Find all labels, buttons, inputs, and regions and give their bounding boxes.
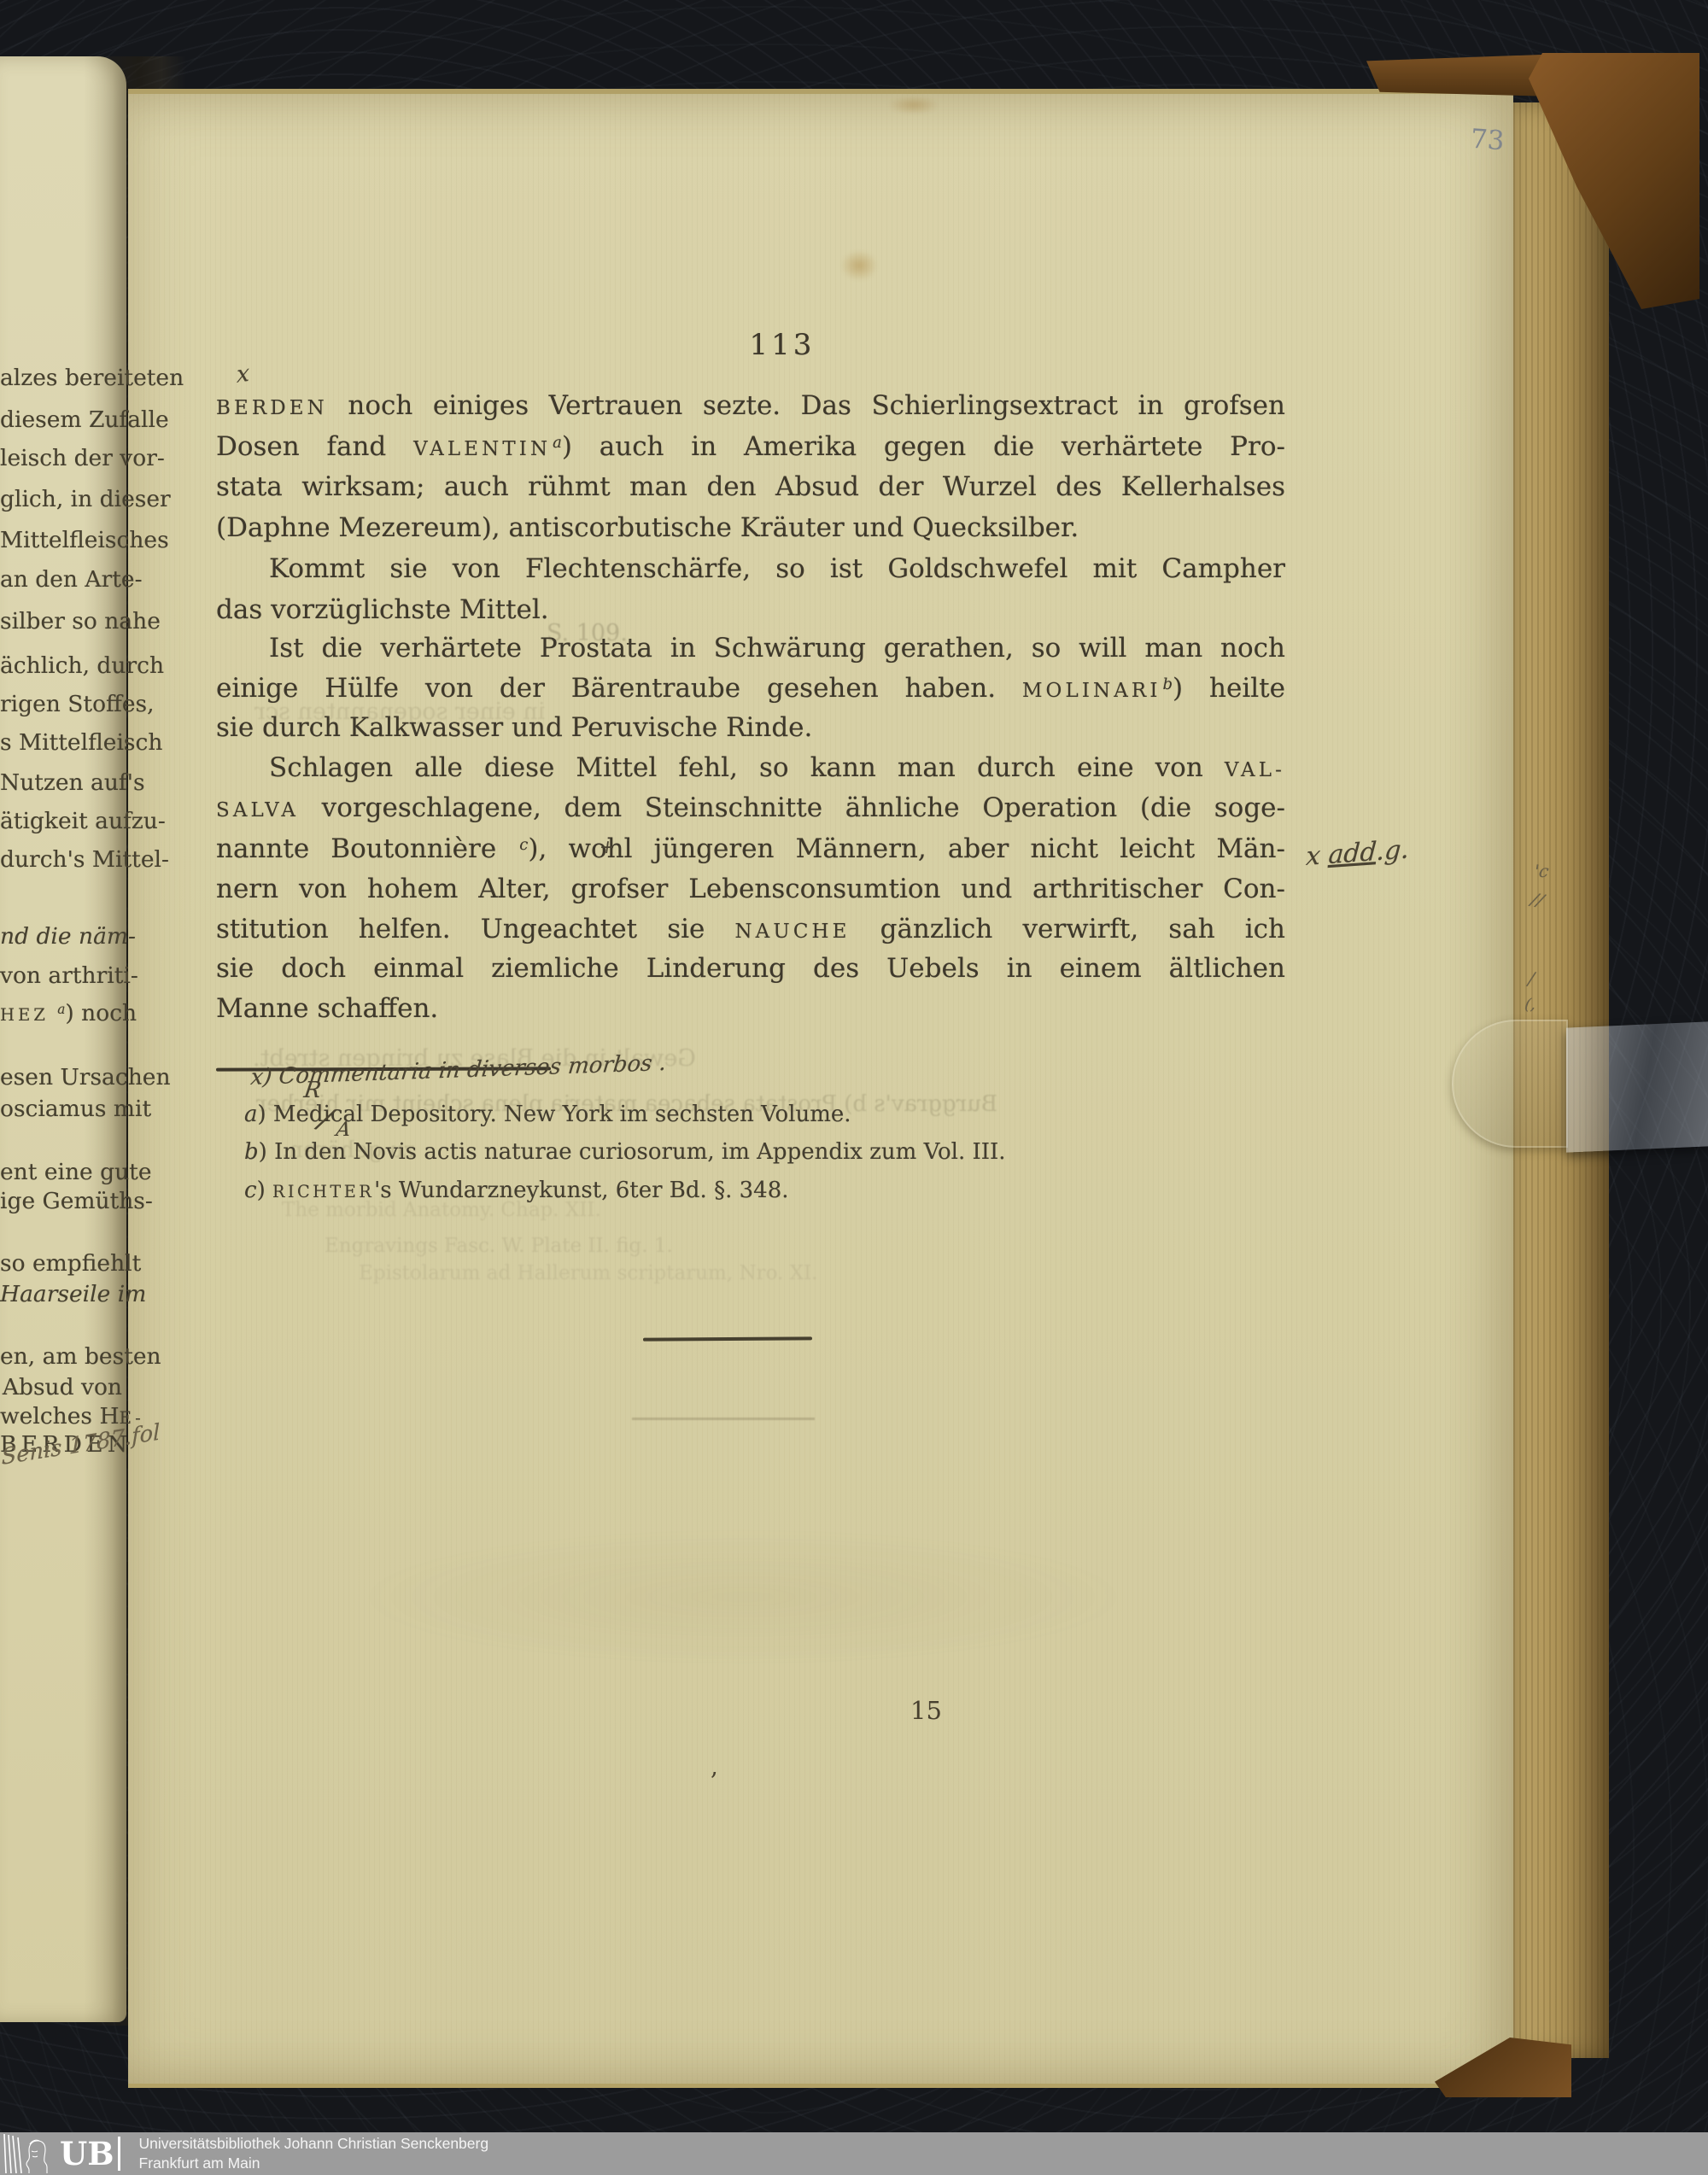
margin-fragment: rigen Stoffes, bbox=[0, 691, 125, 717]
text-segment: ) auch in Amerika gegen die verhärtete P… bbox=[562, 431, 1285, 462]
paper-smudge bbox=[359, 1529, 1127, 1665]
paper-stain bbox=[840, 250, 878, 281]
sheet-signature: 15 bbox=[910, 1696, 942, 1725]
text-segment: b bbox=[1163, 675, 1173, 693]
text-segment: nannte Boutonnière bbox=[216, 833, 518, 864]
margin-fragment: Mittelfleisches bbox=[0, 527, 125, 553]
footnote-line: a) Medical Depository. New York im sechs… bbox=[244, 1102, 1303, 1127]
text-line: stata wirksam; auch rühmt man den Absud … bbox=[216, 472, 1285, 503]
text-segment: nern von hohem Alter, grofser Lebenscons… bbox=[216, 874, 1285, 904]
library-banner-text: Universitätsbibliothek Johann Christian … bbox=[139, 2134, 489, 2173]
text-line: nannte Boutonnière c), wohl jüngeren Män… bbox=[216, 834, 1285, 865]
ub-logo-text: UB bbox=[60, 2138, 114, 2170]
text-segment: ), wohl jüngeren Männern, aber nicht lei… bbox=[528, 833, 1285, 864]
text-segment: add bbox=[1327, 837, 1378, 870]
text-segment: RICHTER bbox=[272, 1182, 374, 1202]
text-segment: BERDEN bbox=[216, 397, 328, 419]
text-segment: c bbox=[519, 836, 528, 854]
margin-fragment: esen Ursachen bbox=[0, 1064, 125, 1090]
stray-ink-mark: , bbox=[711, 1752, 718, 1780]
library-city: Frankfurt am Main bbox=[139, 2154, 489, 2173]
margin-fragment: welches HE- bbox=[0, 1403, 125, 1430]
text-segment: ) In den Novis actis naturae curiosorum,… bbox=[259, 1139, 1006, 1165]
text-line: BERDEN noch einiges Vertrauen sezte. Das… bbox=[216, 391, 1285, 422]
ub-logo: UB bbox=[3, 2134, 120, 2173]
text-line: Schlagen alle diese Mittel fehl, so kann… bbox=[216, 753, 1285, 784]
margin-fragment: ent eine gute bbox=[0, 1159, 125, 1185]
footnote-line: b) In den Novis actis naturae curiosorum… bbox=[244, 1139, 1303, 1165]
footnote-line: c) RICHTER's Wundarzneykunst, 6ter Bd. §… bbox=[244, 1178, 1303, 1203]
text-segment: Ist die verhärtete Prostata in Schwärung… bbox=[269, 633, 1285, 664]
ghost-text: Epistolarum ad Hallerum scriptarum, Nro.… bbox=[359, 1262, 817, 1284]
text-segment: HEZ bbox=[0, 1005, 49, 1025]
margin-fragment: s Mittelfleisch bbox=[0, 729, 125, 756]
handwriting-correction-a: A bbox=[335, 1119, 352, 1141]
margin-fragment: Nutzen auf's bbox=[0, 769, 125, 796]
margin-fragment: ächlich, durch bbox=[0, 652, 125, 679]
text-segment: das vorzüglichste Mittel. bbox=[216, 594, 549, 625]
library-name: Universitätsbibliothek Johann Christian … bbox=[139, 2134, 489, 2154]
text-segment: ) noch bbox=[65, 1000, 137, 1026]
margin-fragment: alzes bereiteten bbox=[0, 365, 125, 391]
text-segment: 's Wundarzneykunst, 6ter Bd. §. 348. bbox=[374, 1178, 788, 1203]
paper-stain bbox=[888, 96, 939, 114]
margin-fragment: osciamus mit bbox=[0, 1096, 125, 1122]
margin-fragment: ige Gemüths- bbox=[0, 1188, 125, 1214]
margin-fragment: en, am besten bbox=[0, 1343, 125, 1370]
margin-fragment: von arthriti- bbox=[0, 962, 125, 989]
text-segment: ) heilte bbox=[1173, 673, 1285, 704]
margin-fragment: Haarseile im bbox=[0, 1281, 125, 1307]
text-segment bbox=[49, 1000, 56, 1026]
text-line: stitution helfen. Ungeachtet sie NAUCHE … bbox=[216, 915, 1285, 945]
text-segment: sie doch einmal ziemliche Linderung des … bbox=[216, 953, 1285, 984]
text-segment: b bbox=[244, 1139, 259, 1165]
margin-fragment: glich, in dieser bbox=[0, 486, 125, 512]
text-segment: NAUCHE bbox=[734, 921, 850, 943]
section-separator-ghost bbox=[632, 1418, 815, 1420]
margin-fragment: HEZ a) noch bbox=[0, 1000, 125, 1026]
text-line: Kommt sie von Flechtenschärfe, so ist Go… bbox=[216, 554, 1285, 585]
margin-fragment: silber so nahe bbox=[0, 608, 125, 634]
logo-fan-lines-and-portrait-icon bbox=[3, 2134, 58, 2173]
text-segment: vorgeschlagene, dem Steinschnitte ähnlic… bbox=[299, 792, 1285, 823]
margin-fragment: leisch der vor- bbox=[0, 445, 125, 471]
ghost-text: Engravings Fasc. W. Plate II. fig. 1. bbox=[325, 1235, 673, 1257]
handwriting-edge-mark-1: 'c bbox=[1533, 861, 1550, 881]
text-line: sie durch Kalkwasser und Peruvische Rind… bbox=[216, 713, 1285, 744]
text-segment: a bbox=[553, 434, 562, 452]
text-segment: x bbox=[1305, 840, 1330, 872]
margin-fragment: durch's Mittel- bbox=[0, 846, 125, 873]
pencil-folio-number: 73 bbox=[1470, 124, 1506, 157]
text-segment: .g. bbox=[1376, 834, 1411, 867]
text-segment: stata wirksam; auch rühmt man den Absud … bbox=[216, 471, 1285, 502]
text-segment: c bbox=[244, 1178, 257, 1203]
margin-fragment: Absud von bbox=[0, 1374, 125, 1400]
handwriting-edge-mark-4: (, bbox=[1524, 996, 1537, 1014]
margin-fragment: nd die näm- bbox=[0, 923, 125, 950]
handwriting-correction-r: R bbox=[302, 1078, 323, 1103]
text-line: sie doch einmal ziemliche Linderung des … bbox=[216, 954, 1285, 985]
page-number: 113 bbox=[731, 328, 834, 362]
text-segment: noch einiges Vertrauen sezte. Das Schier… bbox=[328, 390, 1285, 421]
text-segment: SALVA bbox=[216, 799, 299, 821]
text-segment: Dosen fand bbox=[216, 431, 413, 462]
text-line: das vorzüglichste Mittel. bbox=[216, 595, 1285, 626]
margin-fragment: ätigkeit aufzu- bbox=[0, 808, 125, 834]
text-segment: Kommt sie von Flechtenschärfe, so ist Go… bbox=[269, 553, 1285, 584]
text-segment: welches H bbox=[0, 1403, 120, 1430]
text-segment: einige Hülfe von der Bärentraube gesehen… bbox=[216, 673, 1022, 704]
text-segment: Schlagen alle diese Mittel fehl, so kann… bbox=[269, 752, 1225, 783]
book-page bbox=[128, 89, 1513, 2088]
margin-fragment: an den Arte- bbox=[0, 566, 125, 593]
text-segment: stitution helfen. Ungeachtet sie bbox=[216, 914, 734, 944]
text-line: (Daphne Mezereum), antiscorbutische Kräu… bbox=[216, 513, 1285, 544]
library-banner: UB Universitätsbibliothek Johann Christi… bbox=[0, 2132, 1708, 2175]
handwriting-mark-x-above-berden: x bbox=[237, 360, 249, 389]
text-segment: Manne schaffen. bbox=[216, 993, 438, 1024]
text-line: SALVA vorgeschlagene, dem Steinschnitte … bbox=[216, 793, 1285, 824]
margin-fragment: so empfiehlt bbox=[0, 1250, 125, 1277]
text-segment: sie durch Kalkwasser und Peruvische Rind… bbox=[216, 712, 812, 743]
text-segment: VAL- bbox=[1225, 759, 1285, 781]
text-segment: MOLINARI bbox=[1022, 680, 1161, 702]
text-line: einige Hülfe von der Bärentraube gesehen… bbox=[216, 674, 1285, 705]
text-segment: (Daphne Mezereum), antiscorbutische Kräu… bbox=[216, 512, 1079, 543]
text-line: Manne schaffen. bbox=[216, 994, 1285, 1025]
plastic-tab-strip bbox=[1566, 1021, 1708, 1152]
margin-fragment: diesem Zufalle bbox=[0, 406, 125, 433]
text-segment: VALENTIN bbox=[413, 438, 551, 460]
text-segment: a bbox=[244, 1102, 258, 1127]
text-line: nern von hohem Alter, grofser Lebenscons… bbox=[216, 874, 1285, 905]
scanned-book-page: S. 109.in einer sogenannten scrGewalt in… bbox=[0, 0, 1708, 2175]
text-line: Ist die verhärtete Prostata in Schwärung… bbox=[216, 634, 1285, 664]
logo-divider bbox=[118, 2137, 120, 2171]
text-segment: ) bbox=[257, 1178, 272, 1203]
text-segment: gänzlich verwirft, sah ich bbox=[851, 914, 1285, 944]
handwriting-mark-plus: + bbox=[598, 837, 617, 858]
text-line: Dosen fand VALENTINa) auch in Amerika ge… bbox=[216, 432, 1285, 463]
